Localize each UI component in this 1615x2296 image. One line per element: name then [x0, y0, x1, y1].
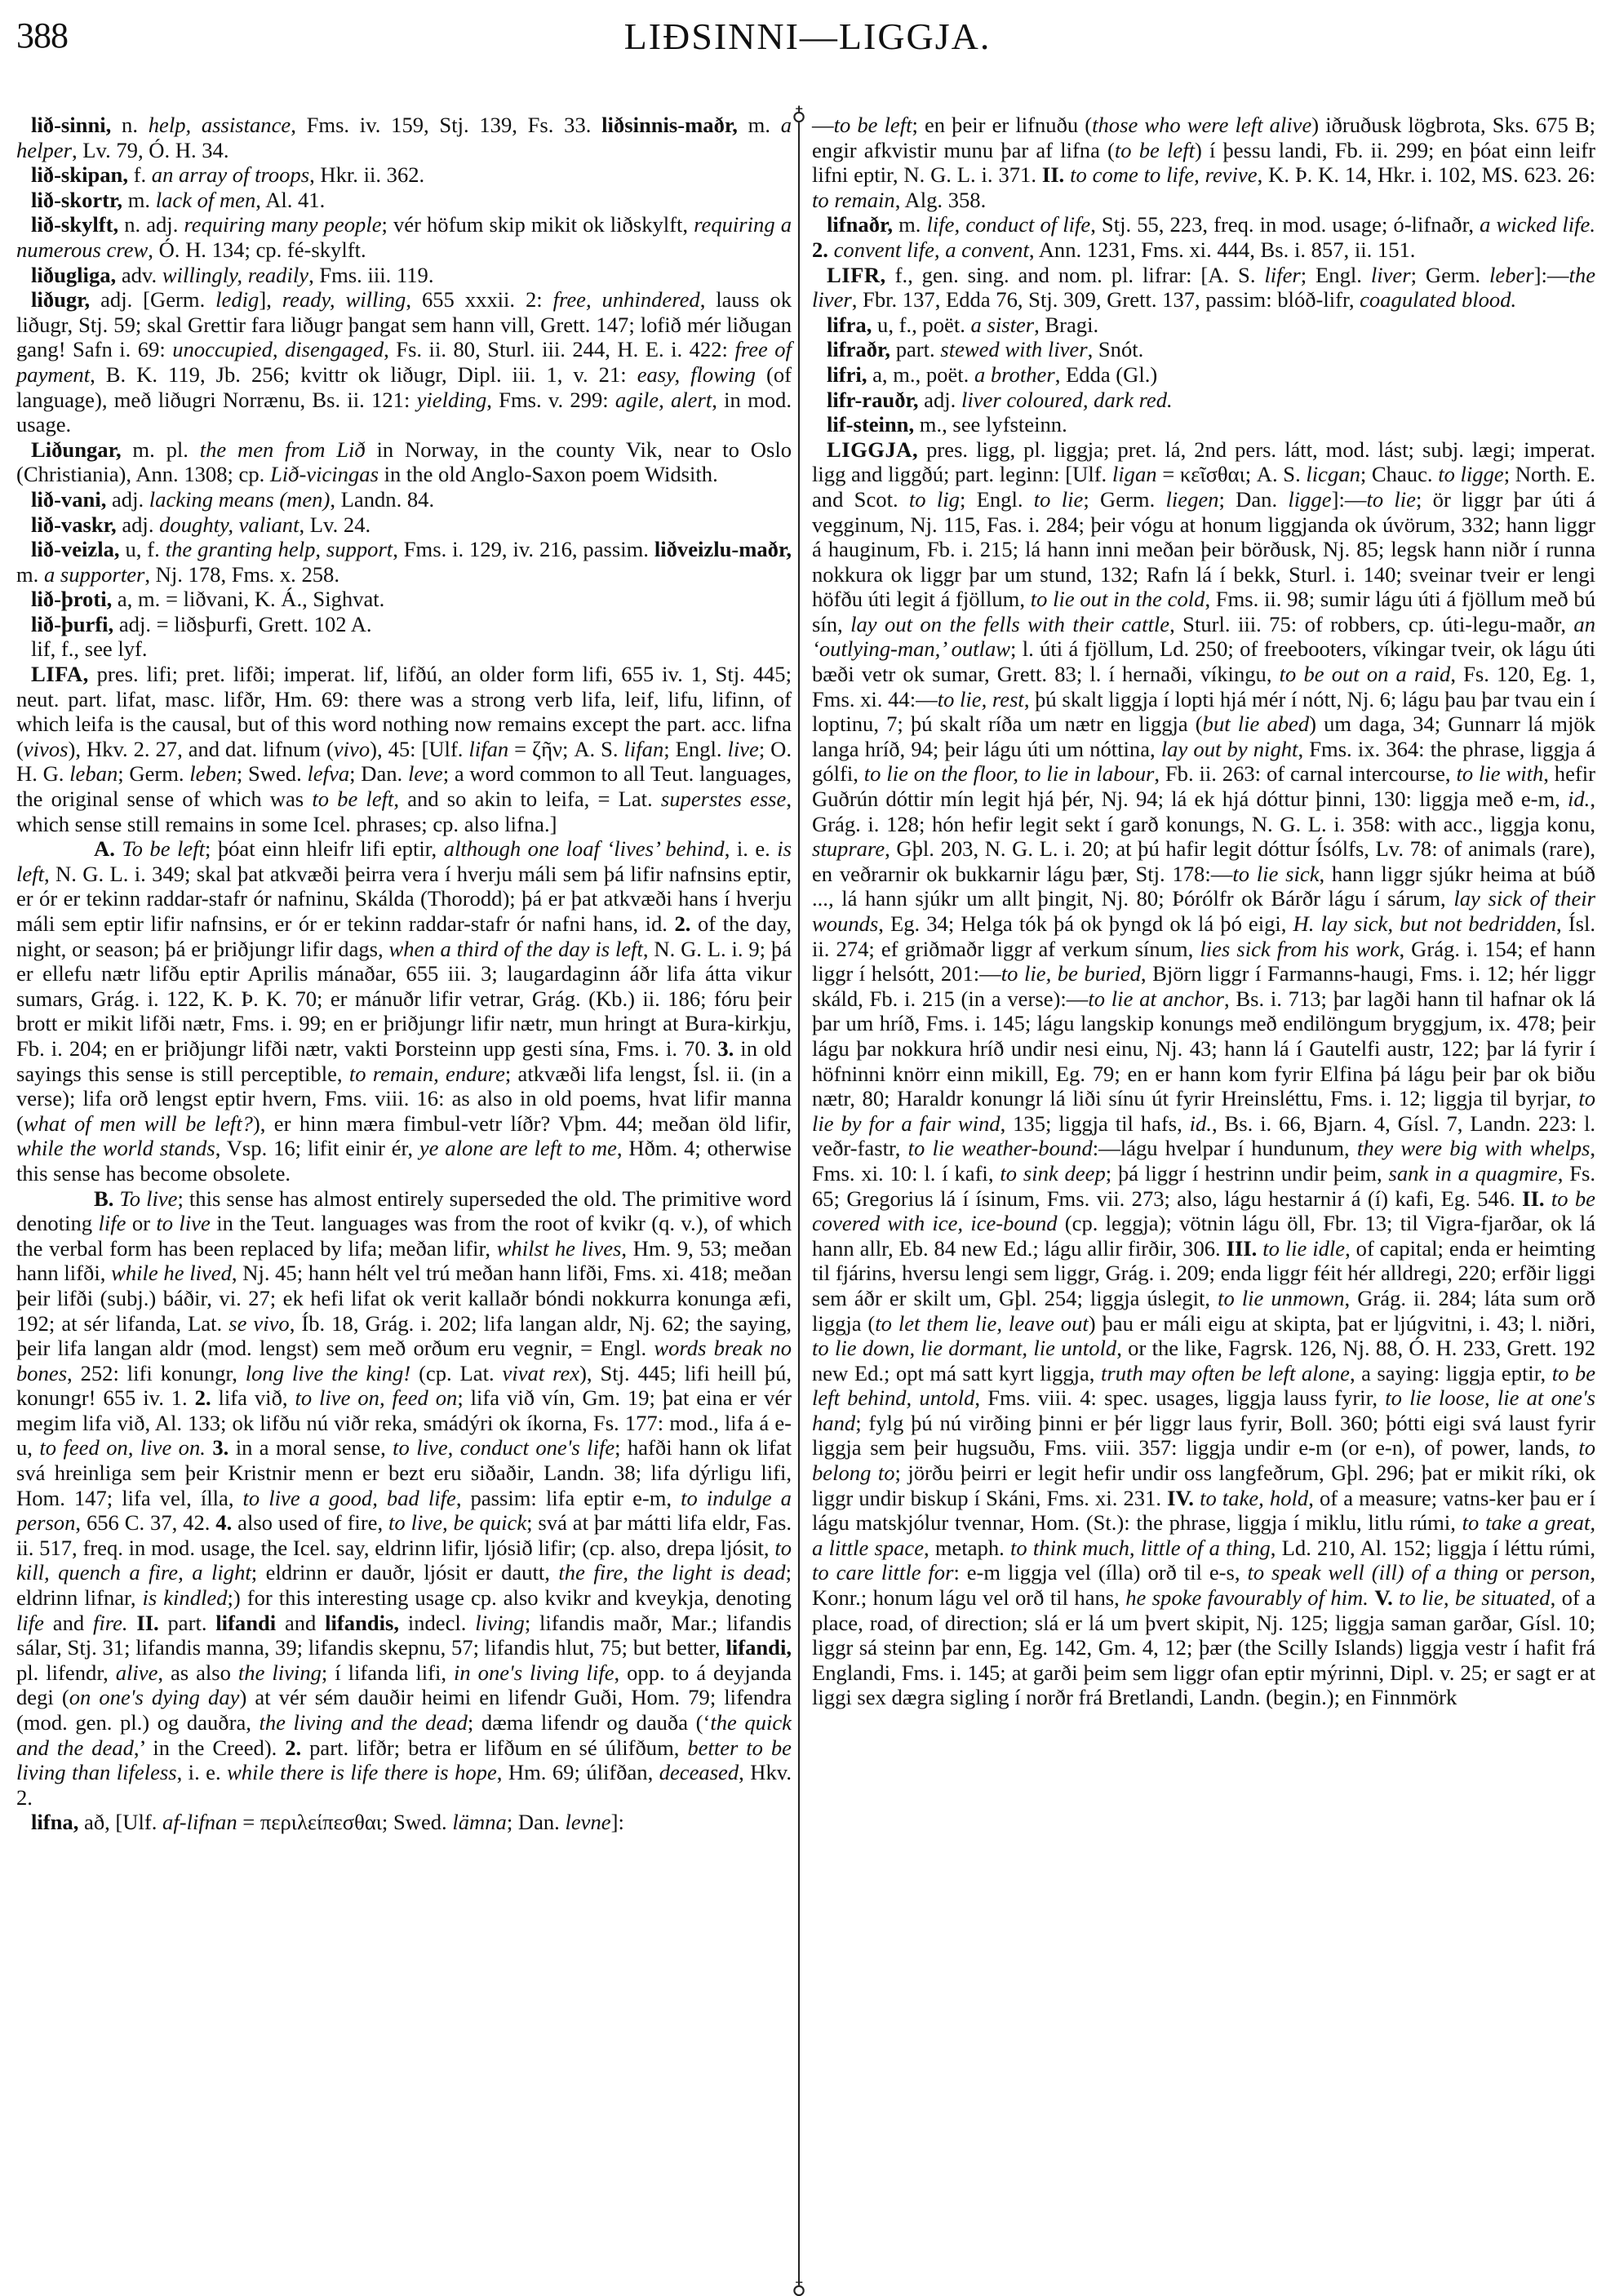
gloss: H. lay sick, but not bedridden [1293, 911, 1557, 936]
gloss: to care little for [812, 1560, 953, 1585]
page-header: 388 LIÐSINNI—LIGGJA. [0, 0, 1615, 90]
gloss: lifer [1264, 263, 1300, 287]
headword: lið-skortr, [31, 188, 122, 212]
entry-text: , 135; liggja til hafs, [1001, 1111, 1190, 1136]
entry-text: :—lágu hvelpar í hundunum, [1093, 1136, 1357, 1160]
headword: 3. [717, 1036, 734, 1061]
entry-text: ]: [611, 1810, 624, 1834]
headword: II. [1522, 1186, 1544, 1211]
dictionary-entry: lið-skylft, n. adj. requiring many peopl… [16, 212, 792, 262]
dictionary-entry: lifna, að, [Ulf. af-lifnan = περιλείπεσθ… [16, 1810, 792, 1835]
dictionary-entry: lifraðr, part. stewed with liver, Snót. [812, 337, 1595, 362]
entry-text: ], [259, 287, 282, 312]
entry-text: , a saying: liggja eptir, [1350, 1361, 1552, 1385]
dictionary-entry: —to be left; en þeir er lifnuðu (those w… [812, 113, 1595, 212]
entry-text: a, m. = liðvani, K. Á., Sighvat. [112, 587, 384, 611]
entry-text: ; Engl. [960, 487, 1034, 512]
entry-text: ; Engl. [663, 737, 727, 761]
entry-text: , Fms. v. 299: [486, 388, 615, 412]
headword: lifr-rauðr, [827, 388, 919, 412]
gloss: to live, conduct one's life [393, 1435, 614, 1460]
entry-text: f., gen. sing. and nom. pl. lifrar: [A. … [886, 263, 1265, 287]
entry-text: , Lv. 79, Ó. H. 34. [72, 138, 229, 162]
gloss: to live, be quick [388, 1510, 526, 1535]
gloss: id. [1190, 1111, 1212, 1136]
gloss: to live [156, 1211, 210, 1235]
entry-text: , Hm. 69; úlifðan, [497, 1760, 659, 1784]
gloss: to lie idle [1262, 1236, 1345, 1261]
entry-text: ,’ in the Creed). [134, 1735, 285, 1760]
headword: lið-veizla, [31, 537, 120, 561]
gloss: while the world stands [16, 1136, 215, 1160]
entry-text: , and so akin to leifa, = Lat. [393, 787, 660, 811]
entry-text: , Ann. 1231, Fms. xi. 444, Bs. i. 857, i… [1029, 237, 1416, 262]
entry-text: adj. [117, 512, 159, 537]
entry-text: ; dæma lifendr og dauða (‘ [468, 1710, 710, 1735]
gloss: liver [1371, 263, 1411, 287]
entry-text: indecl. [399, 1611, 475, 1635]
entry-text: ; í lifanda lifi, [322, 1660, 454, 1685]
headword: lifra, [827, 312, 872, 337]
gloss: requiring many people [184, 212, 381, 237]
entry-text: , Hkr. ii. 362. [309, 162, 424, 187]
dictionary-entry: liðugr, adj. [Germ. ledig], ready, willi… [16, 287, 792, 437]
dictionary-entry: lifri, a, m., poët. a brother, Edda (Gl.… [812, 362, 1595, 388]
gloss: coagulated blood. [1360, 287, 1516, 312]
gloss: vivo [334, 737, 370, 761]
entry-text: , Al. 41. [255, 188, 325, 212]
entry-text: ; fylg þú nú virðing þinni er þér liggr … [812, 1411, 1595, 1460]
entry-text: m., see lyfsteinn. [914, 412, 1067, 437]
gloss: Lið-vicingas [270, 462, 379, 486]
headword: 2. [674, 911, 690, 936]
headword: liðugr, [31, 287, 90, 312]
entry-text: adj. [Germ. [90, 287, 215, 312]
gloss: lack of men [156, 188, 256, 212]
gloss: what of men will be left? [24, 1111, 253, 1136]
gloss: they were big with whelps [1357, 1136, 1590, 1160]
entry-text: ), er hinn mæra fimbul-vetr líðr? Vþm. 4… [253, 1111, 792, 1136]
gloss: the granting help, support [166, 537, 393, 561]
entry-text: , Edda (Gl.) [1055, 362, 1158, 387]
gloss: to sink deep [1000, 1161, 1105, 1186]
entry-text: u, f., poët. [872, 312, 970, 337]
gloss: ledig [215, 287, 259, 312]
gloss: lacking means (men) [149, 487, 331, 512]
entry-text: m. [738, 113, 781, 137]
dictionary-entry: lið-vaskr, adj. doughty, valiant, Lv. 24… [16, 512, 792, 538]
dictionary-entry: LIFA, pres. lifi; pret. lifði; imperat. … [16, 662, 792, 836]
gloss: person [1531, 1560, 1590, 1585]
entry-text: part. [890, 337, 940, 361]
entry-text: , Sturl. iii. 75: of robbers, cp. úti-le… [1169, 612, 1573, 636]
gloss: leve [408, 761, 443, 786]
headword: LIFR, [827, 263, 886, 287]
entry-text: , Lv. 24. [299, 512, 371, 537]
headword: II. [136, 1611, 158, 1635]
gloss: life, conduct of life [927, 212, 1091, 237]
gloss: lay out by night [1161, 737, 1298, 761]
entry-text: , passim: lifa eptir e-m, [456, 1486, 681, 1510]
gloss: licgan [1306, 462, 1360, 486]
entry-text [828, 237, 834, 262]
gloss: leber [1489, 263, 1534, 287]
gloss: to lie, be buried [1001, 961, 1141, 986]
gloss: a sister [971, 312, 1035, 337]
entry-text: ; þá liggr í hestrinn undir þeim, [1106, 1161, 1389, 1186]
entry-text: and [44, 1611, 93, 1635]
entry-text: , Nj. 178, Fms. x. 258. [144, 562, 339, 587]
gloss: lay out on the fells with their cattle [850, 612, 1169, 636]
entry-text: ]:— [1332, 487, 1367, 512]
headword: III. [1227, 1236, 1258, 1261]
gloss: to lie out in the cold [1031, 587, 1205, 611]
entry-text: ; Germ. [1411, 263, 1489, 287]
entry-text: , 252: lifi konungr, [67, 1361, 246, 1385]
entry-text: ; þóat einn hleifr lifi eptir, [205, 836, 444, 861]
gloss: alive [116, 1660, 158, 1685]
gloss: to lie unmown [1218, 1286, 1344, 1310]
gloss: is kindled [143, 1585, 228, 1610]
entry-text: lifa við, [211, 1385, 295, 1410]
gloss: lies sick from his work [1200, 937, 1399, 961]
headword: V. [1374, 1585, 1392, 1610]
gloss: lämna [452, 1810, 506, 1834]
gloss: a supporter [44, 562, 144, 587]
headword: lið-vani, [31, 487, 106, 512]
headword: lið-skylft, [31, 212, 118, 237]
headword: lifnaðr, [827, 212, 893, 237]
gloss: To live [119, 1186, 177, 1211]
gloss: long live the king! [246, 1361, 410, 1385]
entry-text: adv. [116, 263, 162, 287]
gloss: leban [69, 761, 118, 786]
dictionary-entry: LIFR, f., gen. sing. and nom. pl. lifrar… [812, 263, 1595, 312]
entry-text: , Fms. viii. 4: spec. usages, liggja lau… [974, 1385, 1385, 1410]
dictionary-entry: lið-sinni, n. help, assistance, Fms. iv.… [16, 113, 792, 162]
entry-text: ; Dan. [1218, 487, 1288, 512]
gloss: although one loaf ‘lives’ behind [444, 836, 725, 861]
dictionary-entry: lifr-rauðr, adj. liver coloured, dark re… [812, 388, 1595, 413]
headword: 2. [285, 1735, 301, 1760]
dictionary-entry: lið-skipan, f. an array of troops, Hkr. … [16, 162, 792, 188]
entry-text: , i. e. [725, 836, 778, 861]
entry-text: or [1498, 1560, 1531, 1585]
entry-text: = ζῆν; A. S. [508, 737, 623, 761]
gloss: to think much, little of a thing [1010, 1536, 1271, 1560]
entry-text: lif, f., see lyf. [31, 636, 148, 661]
gloss: while he lived [111, 1261, 232, 1285]
entry-text: part. [159, 1611, 216, 1635]
gloss: he spoke favourably of him. [1125, 1585, 1369, 1610]
entry-text: , Eg. 34; Helga tók þá ok þyngd ok lá þó… [878, 911, 1293, 936]
entry-text: ; Germ. [118, 761, 189, 786]
entry-text: and [276, 1611, 325, 1635]
entry-text: ]:— [1534, 263, 1569, 287]
column-divider [798, 121, 800, 2285]
gloss: doughty, valiant [159, 512, 299, 537]
entry-text: = κεῖσθαι; A. S. [1157, 462, 1307, 486]
gloss: truth may often be left alone [1101, 1361, 1350, 1385]
entry-text: , Bragi. [1034, 312, 1098, 337]
headword: IV. [1167, 1486, 1194, 1510]
gloss: To be left [122, 836, 205, 861]
gloss: life [98, 1211, 126, 1235]
entry-text: part. lifðr; betra er lifðum en sé úlifð… [301, 1735, 687, 1760]
gloss: id. [1568, 787, 1590, 811]
gloss: ready, willing [282, 287, 406, 312]
gloss: leben [189, 761, 237, 786]
gloss: to live on, feed on [295, 1385, 457, 1410]
entry-text: ; Dan. [349, 761, 408, 786]
headword: lifna, [31, 1810, 78, 1834]
gloss: the living and the dead [259, 1710, 467, 1735]
entry-text: , as also [158, 1660, 238, 1685]
gloss: to come to life, revive [1070, 162, 1258, 187]
gloss: to feed on, live on. [39, 1435, 206, 1460]
gloss: deceased [659, 1760, 739, 1784]
entry-text: = περιλείπεσθαι; Swed. [237, 1810, 453, 1834]
entry-text: , Fms. iv. 159, Stj. 139, Fs. 33. [291, 113, 601, 137]
entry-text: ; Dan. [507, 1810, 566, 1834]
gloss: unoccupied, disengaged [172, 337, 384, 361]
gloss: fire. [93, 1611, 128, 1635]
gloss: to lig [909, 487, 960, 512]
headword: lið-vaskr, [31, 512, 117, 537]
entry-text: ; Chauc. [1360, 462, 1438, 486]
entry-text: adj. [106, 487, 149, 512]
gloss: to be left [312, 787, 393, 811]
entry-text: f. [128, 162, 152, 187]
gloss: on one's dying day [69, 1685, 240, 1709]
gloss: vivat rex [503, 1361, 580, 1385]
gloss: agile, alert [615, 388, 712, 412]
gloss: to be left [1115, 138, 1195, 162]
entry-text: m. pl. [122, 437, 200, 462]
entry-text: — [812, 113, 834, 137]
gloss: in one's living life [454, 1660, 614, 1685]
gloss: liegen [1166, 487, 1219, 512]
entry-text [128, 1611, 137, 1635]
headword: A. [94, 836, 115, 861]
entry-text: in a moral sense, [228, 1435, 393, 1460]
gloss: yielding [417, 388, 487, 412]
gloss: to take, hold [1200, 1486, 1308, 1510]
gloss: to lie [1034, 487, 1084, 512]
entry-text: u, f. [120, 537, 166, 561]
entry-text: , Ó. H. 134; cp. fé-skylft. [148, 237, 366, 262]
entry-text: , 656 C. 37, 42. [75, 1510, 215, 1535]
headword: 3. [212, 1435, 228, 1460]
gloss: to be out on a raid [1280, 662, 1451, 686]
gloss: af-lifnan [162, 1810, 237, 1834]
gloss: life [16, 1611, 44, 1635]
gloss: stewed with liver [940, 337, 1087, 361]
gloss: to live a good, bad life [243, 1486, 456, 1510]
gloss: to speak well (ill) of a thing [1247, 1560, 1498, 1585]
gloss: to remain [812, 188, 895, 212]
gloss: living [475, 1611, 525, 1635]
headword: liðugliga, [31, 263, 116, 287]
gloss: to lie on the floor, to lie in labour [864, 761, 1155, 786]
entry-text: , Vsp. 16; lifit einir ér, [215, 1136, 419, 1160]
dictionary-entry: lif-steinn, m., see lyfsteinn. [812, 412, 1595, 437]
entry-text: : e-m liggja vel (ílla) orð til e-s, [953, 1560, 1247, 1585]
headword: LIFA, [31, 662, 89, 686]
gloss: to lie, be situated [1399, 1585, 1550, 1610]
gloss: lifan [624, 737, 664, 761]
entry-text: , Snót. [1088, 337, 1144, 361]
dictionary-entry: lið-þurfi, adj. = liðsþurfi, Grett. 102 … [16, 612, 792, 637]
entry-text: ;) for this interesting usage cp. also k… [228, 1585, 792, 1610]
running-head: LIÐSINNI—LIGGJA. [0, 15, 1615, 58]
headword: lifri, [827, 362, 867, 387]
headword: lifandis, [325, 1611, 399, 1635]
dictionary-entry: B. To live; this sense has almost entire… [16, 1186, 792, 1811]
gloss: to lie weather-bound [908, 1136, 1093, 1160]
entry-text: , Alg. 358. [895, 188, 987, 212]
gloss: to lie down, lie dormant, lie untold [812, 1336, 1116, 1360]
gloss: live [727, 737, 758, 761]
entry-text: ; vér höfum skip mikit ok liðskylft, [382, 212, 694, 237]
dictionary-entry: lifra, u, f., poët. a sister, Bragi. [812, 312, 1595, 338]
gloss: to lie, rest [938, 687, 1024, 711]
gloss: to lie at anchor [1088, 986, 1224, 1011]
entry-text: , Fms. iii. 119. [308, 263, 433, 287]
entry-text: , 655 xxxii. 2: [406, 287, 552, 312]
entry-text: m. [16, 562, 44, 587]
entry-text [1544, 1186, 1551, 1211]
gloss: a brother [974, 362, 1055, 387]
dictionary-entry: lifnaðr, m. life, conduct of life, Stj. … [812, 212, 1595, 262]
gloss: liver coloured, dark red. [961, 388, 1173, 412]
gloss: an array of troops [152, 162, 309, 187]
dictionary-entry: Liðungar, m. pl. the men from Lið in Nor… [16, 437, 792, 487]
gloss: lifan [468, 737, 508, 761]
gloss: when a third of the day is left [389, 937, 643, 961]
entry-text: adj. = liðsþurfi, Grett. 102 A. [113, 612, 371, 636]
entry-text: , K. Þ. K. 14, Hkr. i. 102, MS. 623. 26: [1258, 162, 1595, 187]
dictionary-entry: LIGGJA, pres. ligg, pl. liggja; pret. lá… [812, 437, 1595, 1710]
entry-text: also used of fire, [232, 1510, 388, 1535]
entry-text: ; Swed. [237, 761, 308, 786]
entry-text: , metaph. [924, 1536, 1010, 1560]
gloss: willingly, readily [162, 263, 308, 287]
entry-text: in the old Anglo-Saxon poem Widsith. [379, 462, 718, 486]
gloss: lefva [307, 761, 349, 786]
entry-text: ) þau er máli eigu at skipta, þat er ljú… [1089, 1311, 1595, 1336]
dictionary-entry: lif, f., see lyf. [16, 636, 792, 662]
dictionary-entry: lið-veizla, u, f. the granting help, sup… [16, 537, 792, 587]
headword: lið-þroti, [31, 587, 112, 611]
gloss: ligge [1288, 487, 1331, 512]
entry-text: (cp. Lat. [410, 1361, 502, 1385]
entry-text: adj. [919, 388, 961, 412]
gloss: ligan [1112, 462, 1157, 486]
gloss: the men from Lið [200, 437, 366, 462]
gloss: ye alone are left to me [419, 1136, 617, 1160]
headword: B. [94, 1186, 113, 1211]
entry-text: , B. K. 119, Jb. 256; kvittr ok liðugr, … [90, 362, 637, 387]
gloss: se vivo [228, 1311, 289, 1336]
entry-text: ; Engl. [1301, 263, 1371, 287]
headword: lifraðr, [827, 337, 890, 361]
gloss: a wicked life. [1480, 212, 1595, 237]
headword: lifandi, [725, 1635, 792, 1660]
right-column: —to be left; en þeir er lifnuðu (those w… [812, 113, 1595, 1710]
entry-text: , Ld. 210, Al. 152; liggja í léttu rúmi, [1271, 1536, 1595, 1560]
gloss: to ligge [1438, 462, 1504, 486]
dictionary-entry: liðugliga, adv. willingly, readily, Fms.… [16, 263, 792, 288]
headword: II. [1042, 162, 1064, 187]
entry-text: pl. lifendr, [16, 1660, 116, 1685]
headword: liðveizlu-maðr, [654, 537, 792, 561]
entry-text: n. adj. [118, 212, 184, 237]
gloss: levne [565, 1810, 610, 1834]
entry-text: , Fbr. 137, Edda 76, Stj. 309, Grett. 13… [852, 287, 1360, 312]
headword: 2. [812, 237, 828, 262]
gloss: to let them lie, leave out [875, 1311, 1089, 1336]
dictionary-entry: lið-þroti, a, m. = liðvani, K. Á., Sighv… [16, 587, 792, 612]
entry-text: ), 45: [Ulf. [370, 737, 468, 761]
gloss: convent life, a convent [834, 237, 1029, 262]
gloss: but lie abed [1203, 711, 1309, 736]
gloss: stuprare [812, 836, 885, 861]
left-column: lið-sinni, n. help, assistance, Fms. iv.… [16, 113, 792, 1835]
gloss: to lie sick [1232, 862, 1319, 886]
entry-text: , Fms. i. 129, iv. 216, passim. [393, 537, 654, 561]
gloss: while there is life there is hope [227, 1760, 497, 1784]
headword: lið-þurfi, [31, 612, 113, 636]
gloss: free, unhindered [553, 287, 700, 312]
headword: LIGGJA, [827, 437, 918, 462]
headword: lifandi [215, 1611, 276, 1635]
entry-text: m. [122, 188, 156, 212]
entry-text: a, m., poët. [867, 362, 974, 387]
dictionary-entry: A. To be left; þóat einn hleifr lifi ept… [16, 836, 792, 1186]
headword: liðsinnis-maðr, [601, 113, 738, 137]
gloss: help, assistance [149, 113, 291, 137]
headword: Liðungar, [31, 437, 122, 462]
headword: lið-skipan, [31, 162, 128, 187]
entry-text [1194, 1486, 1200, 1510]
entry-text: , Fb. ii. 263: of carnal intercourse, [1154, 761, 1456, 786]
gloss: superstes esse [661, 787, 786, 811]
entry-text: ; eldrinn er dauðr, ljósit er dautt, [251, 1560, 559, 1585]
gloss: to lie with [1456, 761, 1543, 786]
gloss: sank in a quagmire [1388, 1161, 1557, 1186]
entry-text: m. [893, 212, 926, 237]
headword: lið-sinni, [31, 113, 111, 137]
gloss: to lie [1366, 487, 1416, 512]
gloss: those who were left alive [1092, 113, 1311, 137]
entry-text: , Stj. 55, 223, freq. in mod. usage; ó-l… [1090, 212, 1480, 237]
entry-text: , Landn. 84. [330, 487, 434, 512]
entry-text: n. [111, 113, 148, 137]
headword: lif-steinn, [827, 412, 914, 437]
gloss: the fire, the light is dead [558, 1560, 785, 1585]
entry-text: ; en þeir er lifnuðu ( [912, 113, 1093, 137]
entry-text: ; Germ. [1083, 487, 1165, 512]
gloss: whilst he lives [497, 1236, 622, 1261]
gloss: easy, flowing [637, 362, 756, 387]
column-ornament-bottom-icon: ♁ [789, 2278, 809, 2296]
dictionary-entry: lið-vani, adj. lacking means (men), Land… [16, 487, 792, 512]
headword: 4. [215, 1510, 232, 1535]
entry-text: að, [Ulf. [78, 1810, 162, 1834]
gloss: vivos [24, 737, 69, 761]
entry-text: , i. e. [177, 1760, 227, 1784]
